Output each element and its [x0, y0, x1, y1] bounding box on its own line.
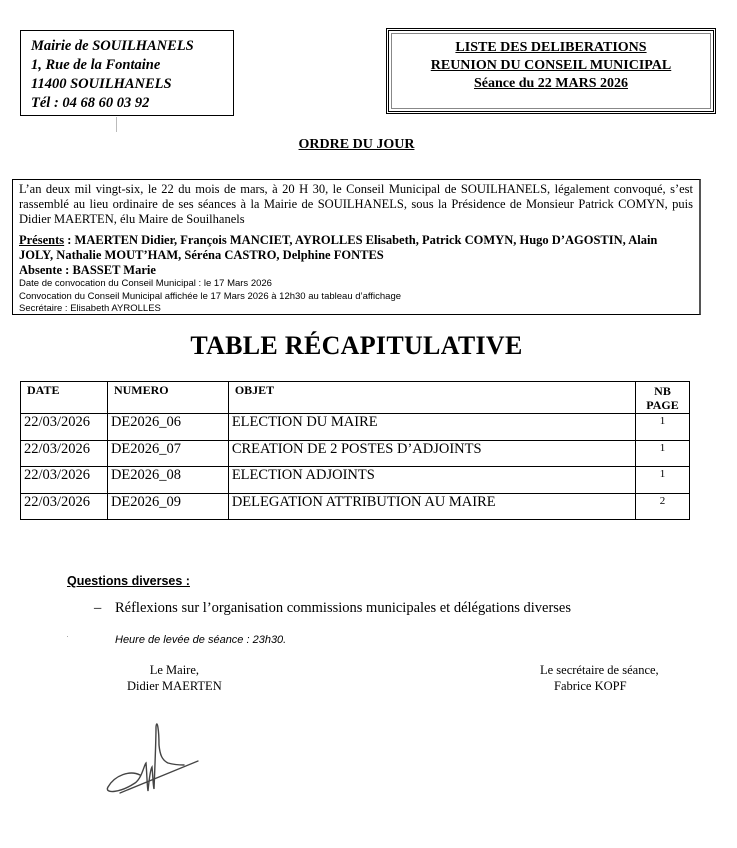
maire-name: Didier MAERTEN [127, 678, 222, 694]
table-row: 22/03/2026DE2026_07CREATION DE 2 POSTES … [21, 440, 690, 467]
cell-nb-page: 1 [636, 414, 690, 441]
dash-bullet-icon: – [94, 600, 115, 617]
secretaire-role: Le secrétaire de séance, [540, 662, 659, 678]
cell-date: 22/03/2026 [21, 493, 108, 520]
questions-diverses-heading: Questions diverses : [67, 574, 190, 588]
cell-numero: DE2026_07 [107, 440, 228, 467]
absente-line: Absente : BASSET Marie [19, 263, 693, 278]
title-line-1: LISTE DES DELIBERATIONS [389, 39, 713, 57]
presents-label: Présents [19, 233, 64, 247]
preamble-box: L’an deux mil vingt-six, le 22 du mois d… [12, 179, 701, 315]
maire-signature-block: Le Maire, Didier MAERTEN [127, 662, 222, 694]
mairie-name: Mairie de SOUILHANELS [31, 37, 223, 56]
secretaire-line: Secrétaire : Elisabeth AYROLLES [19, 303, 693, 316]
secretaire-signature-block: Le secrétaire de séance, Fabrice KOPF [540, 662, 659, 694]
title-line-3: Séance du 22 MARS 2026 [389, 75, 713, 93]
header-nb-page: NBPAGE [636, 382, 690, 414]
table-title: TABLE RÉCAPITULATIVE [0, 331, 713, 361]
presents-list: Présents : MAERTEN Didier, François MANC… [19, 233, 693, 263]
cell-numero: DE2026_08 [107, 467, 228, 494]
header-objet: OBJET [228, 382, 635, 414]
deliberations-table: DATE NUMERO OBJET NBPAGE 22/03/2026DE202… [20, 381, 690, 520]
connector-line [116, 117, 117, 132]
questions-item: –Réflexions sur l’organisation commissio… [94, 600, 571, 617]
presents-names: : MAERTEN Didier, François MANCIET, AYRO… [19, 233, 657, 262]
cell-numero: DE2026_09 [107, 493, 228, 520]
leve-seance: Heure de levée de séance : 23h30. [115, 634, 286, 646]
header-numero: NUMERO [107, 382, 228, 414]
ordre-du-jour-heading: ORDRE DU JOUR [0, 137, 713, 153]
title-line-2: REUNION DU CONSEIL MUNICIPAL [389, 57, 713, 75]
cell-objet: CREATION DE 2 POSTES D’ADJOINTS [228, 440, 635, 467]
header-date: DATE [21, 382, 108, 414]
cell-objet: ELECTION DU MAIRE [228, 414, 635, 441]
cell-numero: DE2026_06 [107, 414, 228, 441]
handwritten-signature-icon [100, 715, 210, 795]
date-convocation: Date de convocation du Conseil Municipal… [19, 278, 693, 291]
cell-date: 22/03/2026 [21, 467, 108, 494]
cell-nb-page: 2 [636, 493, 690, 520]
cell-objet: ELECTION ADJOINTS [228, 467, 635, 494]
stray-dot [67, 636, 68, 637]
cell-date: 22/03/2026 [21, 440, 108, 467]
mairie-address-box: Mairie de SOUILHANELS 1, Rue de la Fonta… [20, 30, 234, 116]
secretaire-name: Fabrice KOPF [540, 678, 659, 694]
table-row: 22/03/2026DE2026_09DELEGATION ATTRIBUTIO… [21, 493, 690, 520]
mairie-phone: Tél : 04 68 60 03 92 [31, 94, 223, 113]
table-row: 22/03/2026DE2026_08ELECTION ADJOINTS1 [21, 467, 690, 494]
table-row: 22/03/2026DE2026_06ELECTION DU MAIRE1 [21, 414, 690, 441]
maire-role: Le Maire, [127, 662, 222, 678]
cell-nb-page: 1 [636, 440, 690, 467]
preamble-intro: L’an deux mil vingt-six, le 22 du mois d… [19, 182, 693, 227]
mairie-street: 1, Rue de la Fontaine [31, 56, 223, 75]
cell-date: 22/03/2026 [21, 414, 108, 441]
mairie-city: 11400 SOUILHANELS [31, 75, 223, 94]
cell-objet: DELEGATION ATTRIBUTION AU MAIRE [228, 493, 635, 520]
document-title-box: LISTE DES DELIBERATIONS REUNION DU CONSE… [386, 28, 716, 114]
questions-item-text: Réflexions sur l’organisation commission… [115, 600, 571, 616]
cell-nb-page: 1 [636, 467, 690, 494]
affichage-line: Convocation du Conseil Municipal affiché… [19, 291, 693, 304]
table-header-row: DATE NUMERO OBJET NBPAGE [21, 382, 690, 414]
